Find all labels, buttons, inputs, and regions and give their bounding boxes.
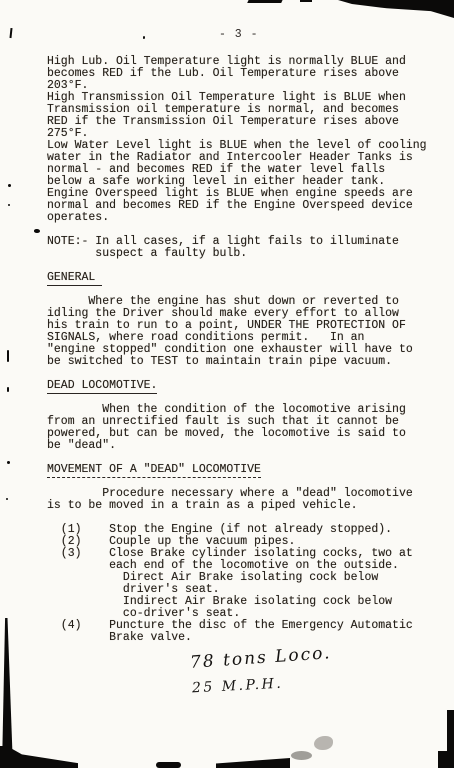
scan-artifact-bottom-left-corner	[0, 746, 78, 768]
ink-speck	[7, 461, 10, 464]
scan-artifact-top-right-corner	[338, 0, 454, 18]
text-line: becomes RED if the Lub. Oil Temperature …	[47, 68, 427, 80]
ink-speck	[143, 36, 145, 39]
heading-text: MOVEMENT OF A "DEAD" LOCOMOTIVE	[47, 463, 261, 478]
handwritten-annotation-weight: 78 tons Loco.	[189, 643, 332, 673]
text-line: be "dead".	[47, 440, 427, 452]
scan-artifact-top-mark	[247, 0, 282, 3]
scan-artifact-bottom-mark	[156, 762, 181, 768]
text-line: be switched to TEST to maintain train pi…	[47, 356, 427, 368]
text-line: RED if the Transmission Oil Temperature …	[47, 116, 427, 128]
scan-artifact-left-tick	[9, 28, 12, 38]
scan-artifact-left-edge	[2, 618, 13, 768]
scan-artifact-top-mark-small	[300, 0, 312, 2]
ink-speck	[7, 350, 9, 362]
section-heading-movement-of-dead-locomotive: MOVEMENT OF A "DEAD" LOCOMOTIVE	[47, 464, 427, 476]
section-heading-general: GENERAL	[47, 272, 427, 284]
typed-text-body: High Lub. Oil Temperature light is norma…	[47, 56, 427, 644]
ink-speck	[8, 204, 10, 206]
text-line	[47, 260, 427, 272]
ink-speck	[34, 229, 40, 233]
handwritten-annotation-speed: 25 M.P.H.	[192, 676, 284, 697]
section-heading-dead-locomotive: DEAD LOCOMOTIVE.	[47, 380, 427, 392]
text-line: suspect a faulty bulb.	[47, 248, 427, 260]
ink-speck	[6, 498, 8, 500]
ink-speck	[7, 387, 9, 392]
text-line: operates.	[47, 212, 427, 224]
scan-smudge	[314, 736, 333, 750]
ink-speck	[8, 184, 11, 187]
text-line: is to be moved in a train as a piped veh…	[47, 500, 427, 512]
scan-artifact-right-edge-step	[438, 751, 454, 768]
scan-smudge	[291, 751, 312, 760]
scanned-document-page: - 3 - High Lub. Oil Temperature light is…	[0, 0, 454, 768]
heading-text: DEAD LOCOMOTIVE.	[47, 379, 157, 394]
scan-artifact-bottom-band	[216, 758, 290, 768]
text-line: Brake valve.	[47, 632, 427, 644]
page-number: - 3 -	[219, 28, 259, 41]
heading-text: GENERAL	[47, 271, 102, 286]
